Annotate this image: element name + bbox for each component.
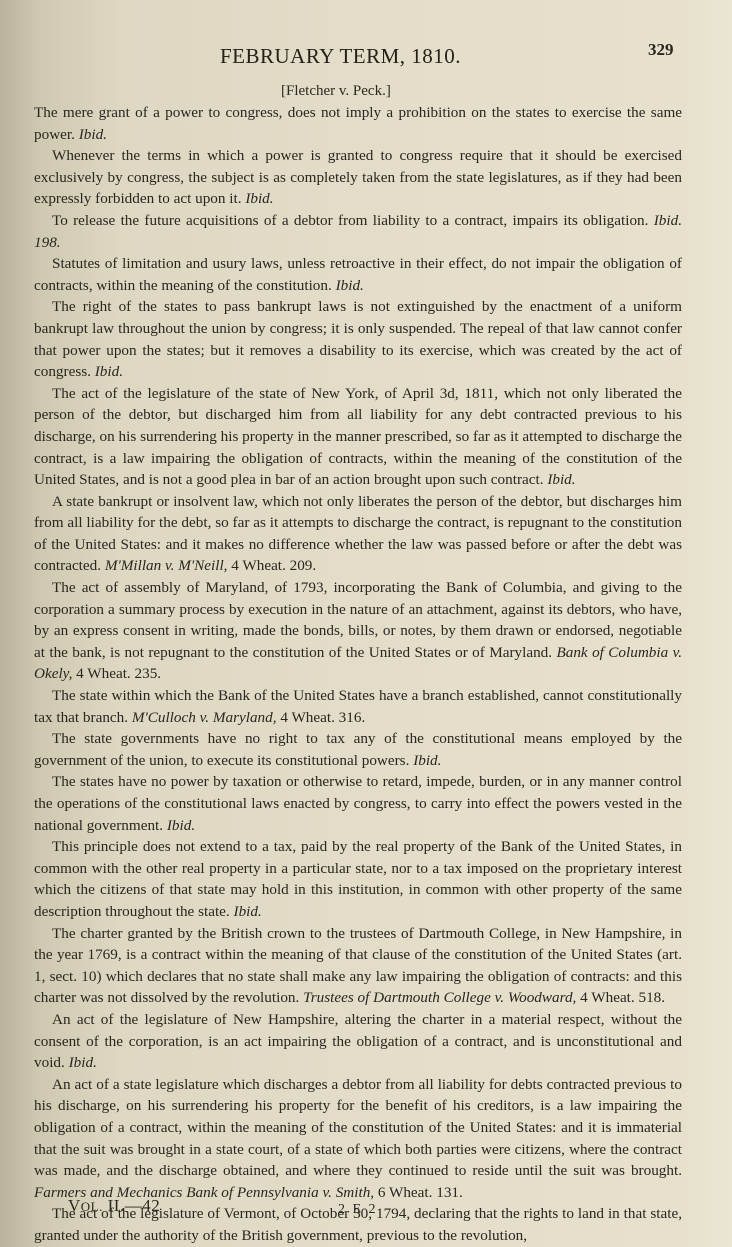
citation: Ibid. [234,903,262,920]
citation: M'Culloch v. Maryland, [132,709,277,726]
running-title: FEBRUARY TERM, 1810. [220,44,461,69]
citation: Trustees of Dartmouth College v. Woodwar… [303,989,576,1006]
paragraph: The mere grant of a power to congress, d… [34,102,682,145]
paragraph: Statutes of limitation and usury laws, u… [34,253,682,296]
citation: M'Millan v. M'Neill, [105,557,228,574]
case-caption: [Fletcher v. Peck.] [281,83,391,100]
paragraph: To release the future acquisitions of a … [34,210,682,253]
running-head: FEBRUARY TERM, 1810. 329 [0,44,732,74]
paragraph: An act of a state legislature which disc… [34,1074,682,1204]
paragraph: The charter granted by the British crown… [34,923,682,1009]
page-footer: VOL. II.—42 2 E 2 [0,1196,732,1226]
paragraph: The act of the legislature of the state … [34,383,682,491]
headnotes-body: The mere grant of a power to congress, d… [34,102,682,1246]
citation: Ibid. [547,471,575,488]
paragraph: The states have no power by taxation or … [34,771,682,836]
paragraph: Whenever the terms in which a power is g… [34,145,682,210]
paragraph: The state within which the Bank of the U… [34,685,682,728]
citation: Ibid. [336,277,364,294]
citation: Ibid. [245,190,273,207]
citation: Ibid. [95,363,123,380]
page-number: 329 [648,40,674,60]
paragraph: The state governments have no right to t… [34,728,682,771]
citation: Ibid. [413,752,441,769]
citation: Ibid. [69,1054,97,1071]
paragraph: The right of the states to pass bankrupt… [34,296,682,382]
paragraph: The act of assembly of Maryland, of 1793… [34,577,682,685]
volume-signature: VOL. II.—42 [68,1196,160,1216]
paragraph: This principle does not extend to a tax,… [34,836,682,922]
citation: Ibid. [167,817,195,834]
paragraph: An act of the legislature of New Hampshi… [34,1009,682,1074]
paragraph: A state bankrupt or insolvent law, which… [34,491,682,577]
citation: Ibid. [79,126,107,143]
book-page: FEBRUARY TERM, 1810. 329 [Fletcher v. Pe… [0,0,732,1247]
sheet-signature: 2 E 2 [338,1202,378,1218]
